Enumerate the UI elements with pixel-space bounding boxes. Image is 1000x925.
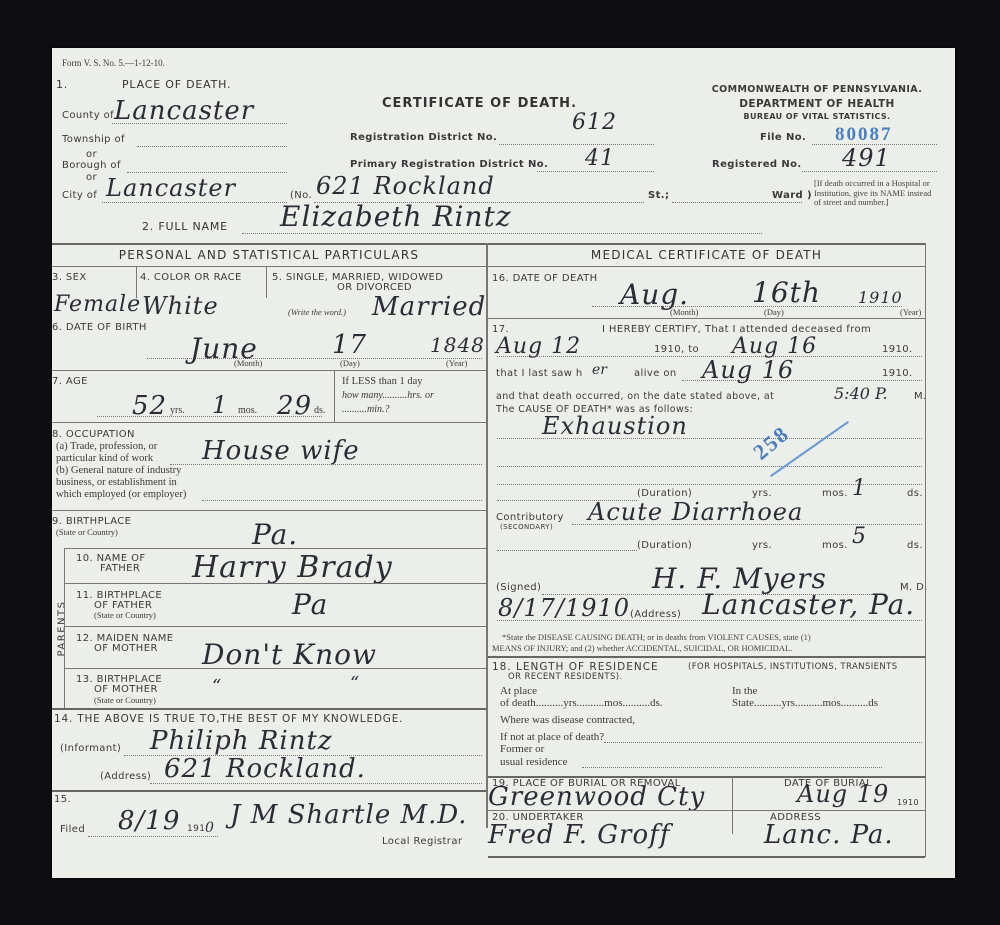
ward-label: Ward ) <box>772 190 812 201</box>
filed-date-value: 8/19 <box>118 806 180 836</box>
section-15-number: 15. <box>54 794 71 805</box>
dob-day-caption: (Day) <box>340 358 360 368</box>
issuer-line-3: BUREAU OF VITAL STATISTICS. <box>707 112 927 121</box>
mother-maiden-name-value: Don't Know <box>202 638 377 671</box>
mother-birthplace-caption: (State or Country) <box>94 695 156 705</box>
former-residence-line1: Former or <box>500 743 544 755</box>
secondary-duration-mos: mos. <box>822 540 848 551</box>
last-saw-pronoun: er <box>592 362 607 378</box>
full-name-label: 2. FULL NAME <box>142 220 228 233</box>
last-saw-date-value: Aug 16 <box>702 356 794 384</box>
age-years-value: 52 <box>132 391 167 421</box>
less-than-day-line1: If LESS than 1 day <box>342 376 423 387</box>
filed-year-suffix: 0 <box>205 820 215 836</box>
hospital-note: [If death occurred in a Hospital or Inst… <box>814 179 932 208</box>
occupation-a-line2: particular kind of work <box>56 453 153 464</box>
less-than-day-line2: how many..........hrs. or <box>342 390 434 401</box>
occupation-label: 8. OCCUPATION <box>52 429 135 440</box>
informant-value: Philiph Rintz <box>150 726 333 756</box>
filed-label: Filed <box>60 824 85 835</box>
occupation-b-line2: business, or establishment in <box>56 477 177 488</box>
cause-of-death-value: Exhaustion <box>542 412 688 440</box>
signed-date-value: 8/17/1910 <box>498 594 630 622</box>
registered-no-label: Registered No. <box>712 159 802 170</box>
dod-day-value: 16th <box>752 276 821 309</box>
age-days-value: 29 <box>277 391 312 421</box>
township-label: Township of <box>62 134 125 145</box>
full-name-value: Elizabeth Rintz <box>280 200 512 233</box>
filed-year-prefix: 191 <box>187 824 205 834</box>
physician-address-label: (Address) <box>630 609 681 620</box>
contributory-label: Contributory <box>496 512 564 523</box>
death-occurred-text: and that death occurred, on the date sta… <box>496 391 774 402</box>
undertaker-value: Fred F. Groff <box>488 820 670 850</box>
father-name-value: Harry Brady <box>192 550 393 585</box>
issuer-line-2: DEPARTMENT OF HEALTH <box>707 98 927 110</box>
borough-label: Borough of <box>62 160 121 171</box>
dob-year-caption: (Year) <box>446 358 467 368</box>
race-value: White <box>142 292 219 320</box>
in-state-line2: State..........yrs..........mos.........… <box>732 697 878 709</box>
street-suffix-label: St.; <box>648 190 669 201</box>
primary-district-value: 41 <box>585 146 615 171</box>
dod-year-caption: (Year) <box>900 307 921 317</box>
age-days-unit: ds. <box>314 405 325 416</box>
secondary-label: (SECONDARY) <box>500 523 553 531</box>
primary-district-label: Primary Registration District No. <box>350 159 548 170</box>
occupation-b-line3: which employed (or employer) <box>56 489 186 500</box>
former-residence-line2: usual residence <box>500 756 568 768</box>
file-no-label: File No. <box>760 132 806 143</box>
secondary-duration-mos-value: 5 <box>852 524 867 549</box>
medical-certificate-heading: MEDICAL CERTIFICATE OF DEATH <box>488 248 925 262</box>
contracted-line2: If not at place of death? <box>500 731 604 743</box>
physician-address-value: Lancaster, Pa. <box>702 588 915 621</box>
or-label-1: or <box>86 149 97 160</box>
mother-birthplace-label-2: OF MOTHER <box>94 684 158 695</box>
dob-month-caption: (Month) <box>234 358 262 368</box>
marital-status-value: Married <box>372 292 486 322</box>
mother-birthplace-ditto-1: “ <box>212 676 222 697</box>
occupation-b-line1: (b) General nature of industry <box>56 465 181 476</box>
birthplace-value: Pa. <box>252 518 298 551</box>
attended-from-value: Aug 12 <box>496 334 581 359</box>
registrar-signature: J M Shartle M.D. <box>230 800 468 830</box>
county-label: County of <box>62 110 114 121</box>
occupation-a-line1: (a) Trade, profession, or <box>56 441 157 452</box>
father-birthplace-value: Pa <box>292 588 328 621</box>
signed-label: (Signed) <box>496 582 541 593</box>
dod-year-value: 1910 <box>858 288 903 307</box>
in-state-line1: In the <box>732 685 757 697</box>
age-months-value: 1 <box>212 391 228 419</box>
dob-year-value: 1848 <box>430 333 485 357</box>
place-of-death-heading: PLACE OF DEATH. <box>122 78 231 91</box>
birthplace-label: 9. BIRTHPLACE <box>52 516 131 527</box>
primary-duration-mos: mos. <box>822 488 848 499</box>
local-registrar-label: Local Registrar <box>382 836 462 847</box>
occupation-value: House wife <box>202 436 360 466</box>
personal-particulars-heading: PERSONAL AND STATISTICAL PARTICULARS <box>52 248 486 262</box>
section-1-number: 1. <box>56 78 68 91</box>
primary-duration-mos-value: 1 <box>852 476 867 501</box>
residence-note-1: (FOR HOSPITALS, INSTITUTIONS, TRANSIENTS <box>688 662 898 672</box>
attended-from-year: 1910, to <box>654 344 699 355</box>
burial-place-value: Greenwood Cty <box>488 782 705 812</box>
dob-day-value: 17 <box>332 330 367 360</box>
date-of-death-label: 16. DATE OF DEATH <box>492 273 598 284</box>
alive-on-label: alive on <box>634 368 677 379</box>
dod-month-caption: (Month) <box>670 307 698 317</box>
mother-name-label-2: OF MOTHER <box>94 643 158 654</box>
time-of-death-value: 5:40 P. <box>834 384 888 403</box>
undertaker-address-value: Lanc. Pa. <box>764 820 894 850</box>
last-saw-label: that I last saw h <box>496 368 583 379</box>
burial-date-year: 1910 <box>897 798 919 807</box>
age-months-unit: mos. <box>238 405 257 416</box>
sex-label: 3. SEX <box>52 272 87 283</box>
registration-district-value: 612 <box>572 110 617 135</box>
write-the-word-note: (Write the word.) <box>288 307 346 317</box>
informant-heading: 14. THE ABOVE IS TRUE TO,THE BEST OF MY … <box>54 713 403 725</box>
age-years-unit: yrs. <box>170 405 185 416</box>
race-label: 4. COLOR OR RACE <box>140 272 242 283</box>
secondary-duration-yrs: yrs. <box>752 540 772 551</box>
form-number: Form V. S. No. 5.—1-12-10. <box>62 58 165 68</box>
mother-birthplace-ditto-2: “ <box>350 673 360 694</box>
street-value: 621 Rockland <box>316 172 495 200</box>
or-label-2: or <box>86 172 97 183</box>
informant-address-value: 621 Rockland. <box>164 754 366 784</box>
file-no-value: 80087 <box>835 124 893 146</box>
issuer-line-1: COMMONWEALTH OF PENNSYLVANIA. <box>707 84 927 95</box>
age-label: 7. AGE <box>52 376 88 387</box>
dod-day-caption: (Day) <box>764 307 784 317</box>
parents-side-label: PARENTS <box>56 601 67 657</box>
registered-no-value: 491 <box>842 144 891 172</box>
secondary-duration-label: (Duration) <box>637 540 692 551</box>
secondary-duration-ds: ds. <box>907 540 923 551</box>
footnote-line-1: *State the DISEASE CAUSING DEATH; or in … <box>502 632 811 642</box>
father-birthplace-caption: (State or Country) <box>94 610 156 620</box>
city-value: Lancaster <box>106 174 236 202</box>
residence-note-2: OR RECENT RESIDENTS). <box>508 672 623 682</box>
date-of-birth-label: 6. DATE OF BIRTH <box>52 322 147 333</box>
attended-to-year: 1910. <box>882 344 913 355</box>
at-place-line1: At place <box>500 685 537 697</box>
sex-value: Female <box>54 292 141 317</box>
informant-label: (Informant) <box>60 743 121 754</box>
primary-duration-ds: ds. <box>907 488 923 499</box>
at-place-line2: of death..........yrs..........mos......… <box>500 697 663 709</box>
informant-address-label: (Address) <box>100 771 151 782</box>
contributory-cause-value: Acute Diarrhoea <box>588 498 803 526</box>
contracted-line1: Where was disease contracted, <box>500 714 635 726</box>
county-value: Lancaster <box>114 96 254 126</box>
birthplace-caption: (State or Country) <box>56 527 118 537</box>
less-than-day-line3: ..........min.? <box>342 404 390 415</box>
last-saw-year: 1910. <box>882 368 913 379</box>
city-label: City of <box>62 190 97 201</box>
registration-district-label: Registration District No. <box>350 132 497 143</box>
father-name-label-2: FATHER <box>100 563 140 574</box>
cause-code-stamp: 258 <box>748 421 795 466</box>
death-certificate-page: Form V. S. No. 5.—1-12-10. 1. PLACE OF D… <box>52 48 955 878</box>
footnote-line-2: MEANS OF INJURY; and (2) whether ACCIDEN… <box>492 643 792 653</box>
certificate-title: CERTIFICATE OF DEATH. <box>382 96 577 111</box>
burial-date-value: Aug 19 <box>797 780 889 808</box>
